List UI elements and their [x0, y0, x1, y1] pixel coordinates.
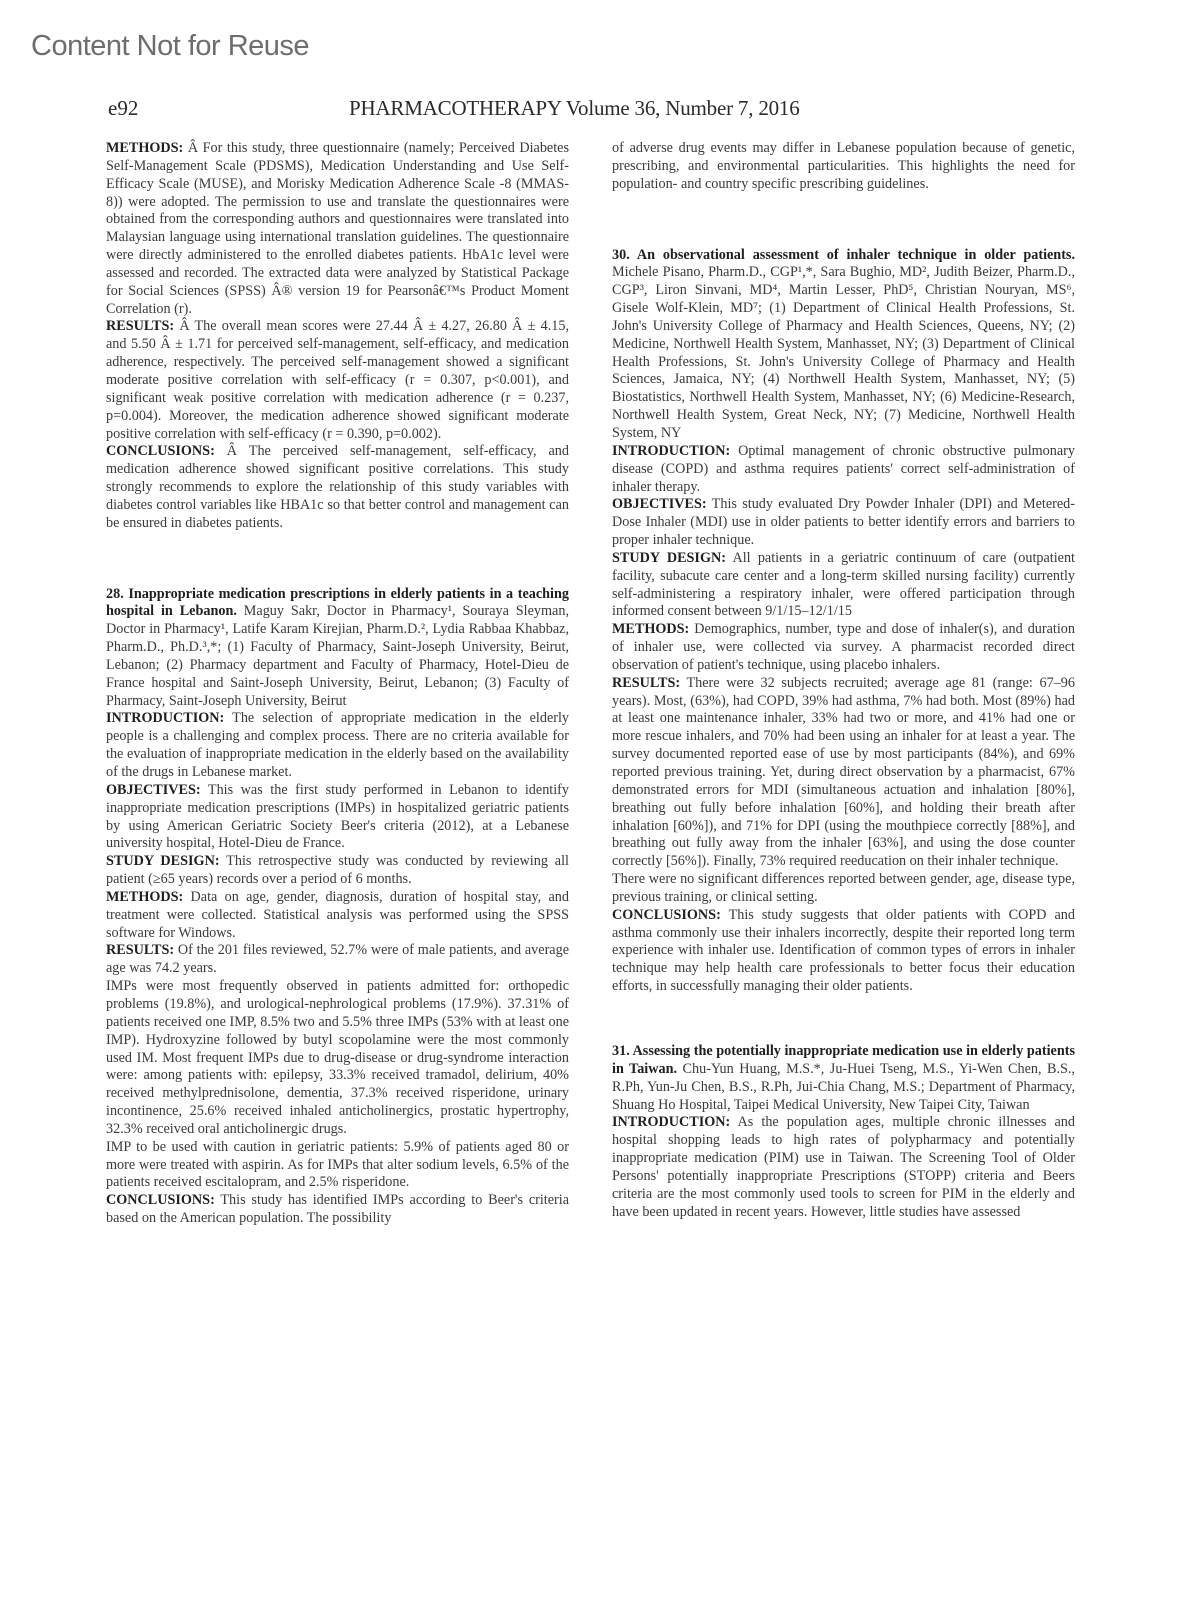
page-number: e92	[108, 96, 138, 121]
abstract-30: 30. An observational assessment of inhal…	[612, 247, 1075, 996]
abstract-31-heading: 31. Assessing the potentially inappropri…	[612, 1043, 1075, 1114]
abstract-title: 30. An observational assessment of inhal…	[612, 247, 1075, 263]
spacer	[612, 194, 1075, 247]
prev-abstract-methods: METHODS: Â For this study, three questio…	[106, 140, 569, 318]
prev-abstract-conclusions: CONCLUSIONS: Â The perceived self-manage…	[106, 443, 569, 532]
running-header: e92 PHARMACOTHERAPY Volume 36, Number 7,…	[0, 96, 1200, 126]
spacer	[106, 533, 569, 586]
spacer	[612, 996, 1075, 1043]
section-label-methods: METHODS:	[106, 140, 183, 156]
abstract-28-continued: of adverse drug events may differ in Leb…	[612, 140, 1075, 194]
journal-title: PHARMACOTHERAPY Volume 36, Number 7, 201…	[349, 96, 800, 121]
right-column: of adverse drug events may differ in Leb…	[612, 140, 1075, 1221]
abstract-28: 28. Inappropriate medication prescriptio…	[106, 586, 569, 1228]
section-label-conclusions: CONCLUSIONS:	[106, 443, 215, 459]
left-column: METHODS: Â For this study, three questio…	[106, 140, 569, 1228]
prev-abstract-results: RESULTS: Â The overall mean scores were …	[106, 318, 569, 443]
section-label-results: RESULTS:	[106, 318, 174, 334]
watermark: Content Not for Reuse	[31, 30, 309, 63]
abstract-authors: Chu-Yun Huang, M.S.*, Ju-Huei Tseng, M.S…	[612, 1061, 1075, 1113]
abstract-31: 31. Assessing the potentially inappropri…	[612, 1043, 1075, 1221]
abstract-30-heading: 30. An observational assessment of inhal…	[612, 247, 1075, 443]
abstract-28-heading: 28. Inappropriate medication prescriptio…	[106, 586, 569, 711]
abstract-authors: Michele Pisano, Pharm.D., CGP¹,*, Sara B…	[612, 264, 1075, 441]
